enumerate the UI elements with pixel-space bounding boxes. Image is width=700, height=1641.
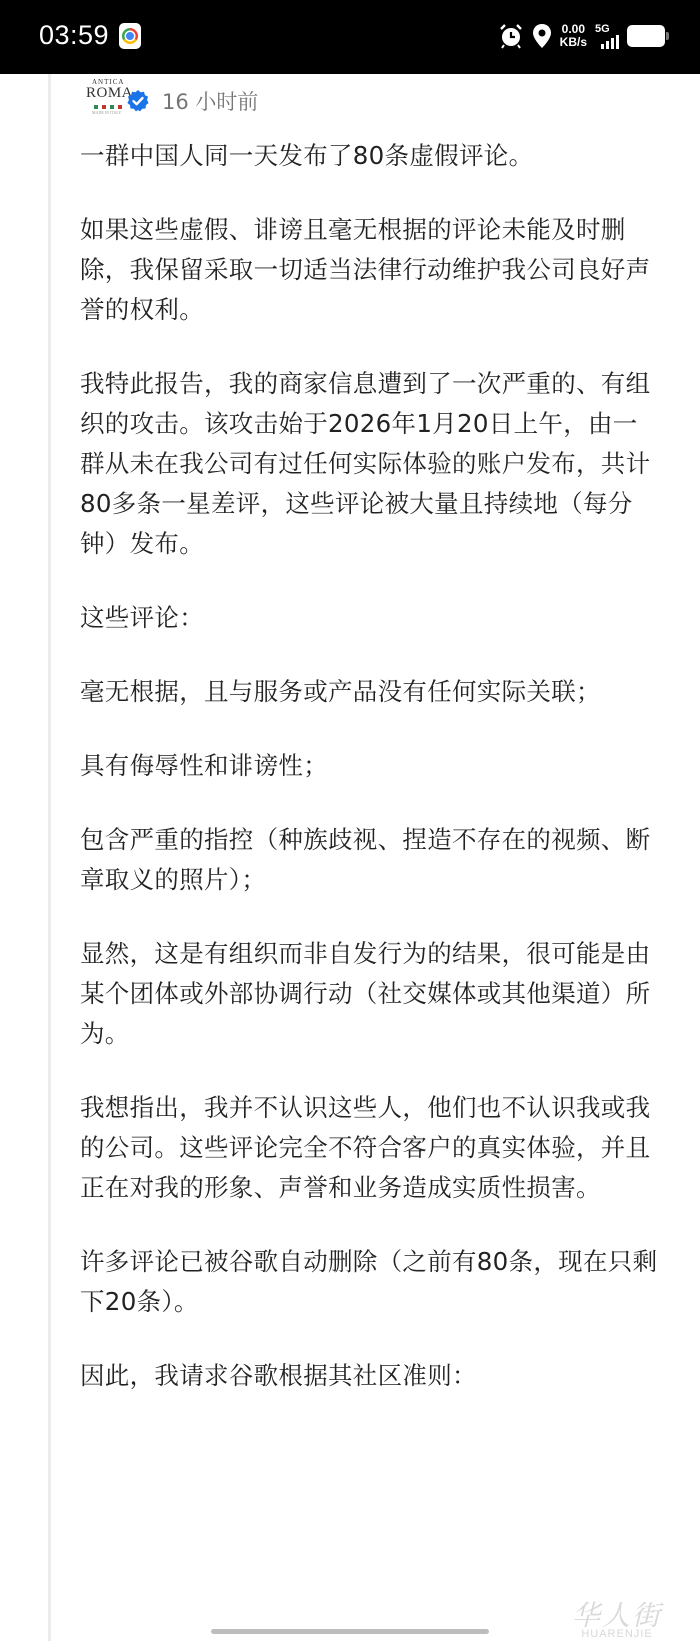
network-speed: 0.00 KB/s (560, 23, 587, 49)
post-body: 一群中国人同一天发布了80条虚假评论。 如果这些虚假、诽谤且毫无根据的评论未能及… (80, 136, 660, 1430)
post-paragraph: 我特此报告，我的商家信息遭到了一次严重的、有组织的攻击。该攻击始于2026年1月… (80, 364, 660, 564)
flag-stripe-icon (94, 105, 106, 109)
location-icon (532, 23, 552, 49)
logo-tagline: MADE IN ITALY (92, 110, 121, 115)
post-time-ago: 16 小时前 (162, 86, 258, 116)
verified-check-icon (126, 89, 150, 113)
thread-line (48, 74, 51, 1641)
status-bar: 03:59 0.00 KB/s 5G (0, 0, 700, 74)
post-paragraph: 因此，我请求谷歌根据其社区准则： (80, 1356, 660, 1396)
alarm-icon (498, 23, 524, 49)
cellular-signal: 5G (595, 23, 619, 49)
post-header: ANTICA ROMA MADE IN ITALY 16 小时前 (86, 78, 258, 118)
network-type: 5G (595, 23, 610, 35)
post-paragraph: 包含严重的指控（种族歧视、捏造不存在的视频、断章取义的照片）； (80, 820, 660, 900)
chrome-icon (119, 23, 141, 49)
battery-full-icon (627, 25, 665, 47)
status-icons: 0.00 KB/s 5G (498, 18, 665, 54)
watermark: 华人街 HUARENJIE (572, 1594, 662, 1640)
post-paragraph: 我想指出，我并不认识这些人，他们也不认识我或我的公司。这些评论完全不符合客户的真… (80, 1088, 660, 1208)
post-paragraph: 具有侮辱性和诽谤性； (80, 746, 660, 786)
post-paragraph: 许多评论已被谷歌自动删除（之前有80条，现在只剩下20条）。 (80, 1242, 660, 1322)
post-paragraph: 如果这些虚假、诽谤且毫无根据的评论未能及时删除，我保留采取一切适当法律行动维护我… (80, 210, 660, 330)
watermark-en: HUARENJIE (572, 1628, 662, 1640)
flag-stripe-icon (110, 105, 122, 109)
post-paragraph: 毫无根据，且与服务或产品没有任何实际关联； (80, 672, 660, 712)
post-paragraph: 这些评论： (80, 598, 660, 638)
home-indicator[interactable] (211, 1629, 489, 1634)
signal-bars-icon (601, 35, 619, 49)
post-paragraph: 显然，这是有组织而非自发行为的结果，很可能是由某个团体或外部协调行动（社交媒体或… (80, 934, 660, 1054)
post-paragraph: 一群中国人同一天发布了80条虚假评论。 (80, 136, 660, 176)
network-speed-unit: KB/s (560, 36, 587, 49)
status-time: 03:59 (39, 20, 109, 51)
